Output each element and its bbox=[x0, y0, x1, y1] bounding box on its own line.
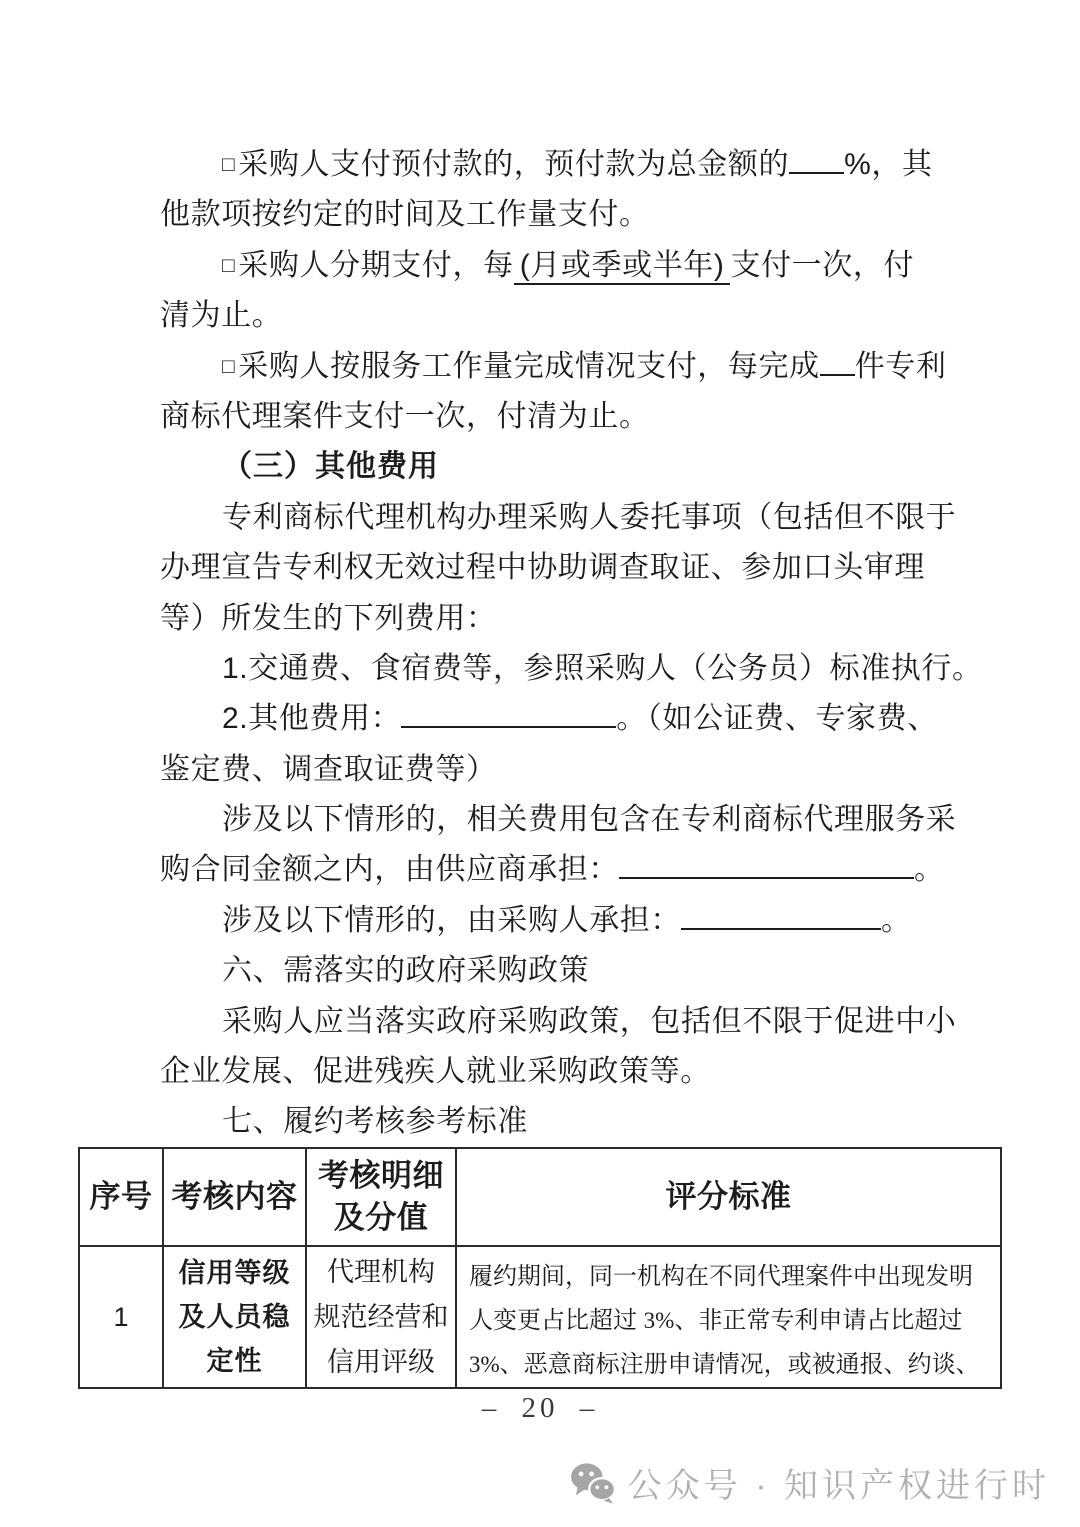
checkbox-icon: □ bbox=[222, 355, 235, 378]
cell-row-number: 1 bbox=[79, 1246, 163, 1388]
wechat-icon bbox=[570, 1462, 616, 1504]
blank-underline bbox=[681, 898, 881, 930]
percent-value: 3% bbox=[469, 1352, 500, 1377]
cell-assess-content: 信用等级 及人员稳 定性 bbox=[163, 1246, 306, 1388]
line-text: %，其 bbox=[844, 148, 932, 181]
checkbox-icon: □ bbox=[222, 254, 235, 277]
paragraph-line: 鉴定费、调查取证费等） bbox=[160, 745, 960, 795]
cell-score-standard: 履约期间，同一机构在不同代理案件中出现发明 人变更占比超过 3%、非正常专利申请… bbox=[456, 1246, 1001, 1388]
line-text: 鉴定费、调查取证费等） bbox=[160, 753, 497, 786]
score-line: 3%、恶意商标注册申请情况，或被通报、约谈、 bbox=[469, 1343, 994, 1387]
line-text: 他款项按约定的时间及工作量支付。 bbox=[160, 198, 650, 231]
line-text: 涉及以下情形的，由采购人承担： bbox=[222, 904, 681, 937]
line-text: 企业发展、促进残疾人就业采购政策等。 bbox=[160, 1055, 711, 1088]
line-text: 采购人分期支付，每 bbox=[238, 249, 513, 282]
header-text: 考核明细 bbox=[307, 1155, 455, 1197]
line-text: 。 bbox=[914, 853, 945, 886]
paragraph-line: 采购人应当落实政府采购政策，包括但不限于促进中小 bbox=[160, 997, 960, 1047]
header-text: 及分值 bbox=[307, 1197, 455, 1239]
line-text: 清为止。 bbox=[160, 299, 282, 332]
paragraph-line: 他款项按约定的时间及工作量支付。 bbox=[160, 190, 960, 240]
line-text: 办理宣告专利权无效过程中协助调查取证、参加口头审理 bbox=[160, 551, 925, 584]
cell-text: 定性 bbox=[164, 1339, 305, 1383]
paragraph-line: 购合同金额之内，由供应商承担：。 bbox=[160, 845, 960, 895]
table-header-row: 序号 考核内容 考核明细 及分值 评分标准 bbox=[79, 1148, 1001, 1246]
list-item-transport-fee: 1.交通费、食宿费等，参照采购人（公务员）标准执行。 bbox=[160, 644, 960, 694]
col-header-no: 序号 bbox=[79, 1148, 163, 1246]
line-text: 件专利 bbox=[855, 350, 947, 383]
paragraph-line: 商标代理案件支付一次，付清为止。 bbox=[160, 392, 960, 442]
payment-option-per-case: □采购人按服务工作量完成情况支付，每完成件专利 bbox=[160, 342, 960, 392]
main-text-block: □采购人支付预付款的，预付款为总金额的%，其 他款项按约定的时间及工作量支付。 … bbox=[160, 140, 960, 1148]
section-heading-other-fees: （三）其他费用 bbox=[160, 442, 960, 492]
assessment-table: 序号 考核内容 考核明细 及分值 评分标准 1 信用等级 及人员稳 定性 代理机… bbox=[78, 1147, 1002, 1389]
line-text: 1.交通费、食宿费等，参照采购人（公务员）标准执行。 bbox=[222, 652, 983, 685]
cell-text: 信用等级 bbox=[164, 1251, 305, 1295]
cell-text: 人变更占比超过 bbox=[469, 1307, 644, 1334]
paragraph-line: 涉及以下情形的，由采购人承担：。 bbox=[160, 896, 960, 946]
line-text: 采购人应当落实政府采购政策，包括但不限于促进中小 bbox=[222, 1005, 956, 1038]
header-text: 考核内容 bbox=[172, 1179, 298, 1214]
payment-option-prepay: □采购人支付预付款的，预付款为总金额的%，其 bbox=[160, 140, 960, 190]
cell-text: 履约期间，同一机构在不同代理案件中出现发明 bbox=[469, 1263, 973, 1290]
blank-underline bbox=[619, 848, 914, 880]
cell-assess-detail: 代理机构 规范经营和 信用评级 bbox=[306, 1246, 456, 1388]
col-header-score: 评分标准 bbox=[456, 1148, 1001, 1246]
line-text: 。 bbox=[881, 904, 912, 937]
score-line: 履约期间，同一机构在不同代理案件中出现发明 bbox=[469, 1255, 994, 1299]
section-heading-assessment: 七、履约考核参考标准 bbox=[160, 1097, 960, 1147]
cell-text: 规范经营和 bbox=[307, 1295, 455, 1340]
col-header-content: 考核内容 bbox=[163, 1148, 306, 1246]
page-number: – 20 – bbox=[0, 1392, 1080, 1425]
paragraph-line: 清为止。 bbox=[160, 291, 960, 341]
blank-underline bbox=[820, 344, 855, 376]
line-text: 商标代理案件支付一次，付清为止。 bbox=[160, 400, 650, 433]
blank-underline bbox=[789, 143, 844, 175]
heading-text: （三）其他费用 bbox=[222, 450, 439, 483]
watermark-text: 公众号 · 知识产权进行时 bbox=[628, 1458, 1050, 1507]
paragraph-line: 企业发展、促进残疾人就业采购政策等。 bbox=[160, 1047, 960, 1097]
section-heading-policy: 六、需落实的政府采购政策 bbox=[160, 946, 960, 996]
line-text: 。（如公证费、专家费、 bbox=[616, 702, 938, 735]
cell-text: 信用评级 bbox=[307, 1340, 455, 1385]
table-row: 1 信用等级 及人员稳 定性 代理机构 规范经营和 信用评级 履约期间，同一机构… bbox=[79, 1246, 1001, 1388]
score-line: 人变更占比超过 3%、非正常专利申请占比超过 bbox=[469, 1299, 994, 1343]
line-text: 采购人支付预付款的，预付款为总金额的 bbox=[238, 148, 789, 181]
line-text: 涉及以下情形的，相关费用包含在专利商标代理服务采 bbox=[222, 803, 956, 836]
cell-text: 及人员稳 bbox=[164, 1295, 305, 1339]
header-text: 评分标准 bbox=[666, 1179, 792, 1214]
line-text: 等）所发生的下列费用： bbox=[160, 602, 497, 635]
paragraph-line: 涉及以下情形的，相关费用包含在专利商标代理服务采 bbox=[160, 795, 960, 845]
paragraph-line: 等）所发生的下列费用： bbox=[160, 594, 960, 644]
heading-text: 七、履约考核参考标准 bbox=[222, 1105, 528, 1138]
line-text: 2.其他费用： bbox=[222, 702, 401, 735]
heading-text: 六、需落实的政府采购政策 bbox=[222, 954, 589, 987]
document-page: { "page": { "background": "#ffffff", "te… bbox=[0, 0, 1080, 1527]
checkbox-icon: □ bbox=[222, 153, 235, 176]
paragraph-line: 办理宣告专利权无效过程中协助调查取证、参加口头审理 bbox=[160, 543, 960, 593]
cell-text: 、非正常专利申请占比超过 bbox=[674, 1307, 962, 1334]
cell-text: 、恶意商标注册申请情况，或被通报、约谈、 bbox=[500, 1351, 980, 1378]
line-text: 购合同金额之内，由供应商承担： bbox=[160, 853, 619, 886]
header-text: 序号 bbox=[90, 1179, 153, 1214]
underlined-fill-text: (月或季或半年) bbox=[514, 249, 731, 285]
line-text: 采购人按服务工作量完成情况支付，每完成 bbox=[238, 350, 819, 383]
percent-value: 3% bbox=[644, 1308, 675, 1333]
list-item-other-fee: 2.其他费用：。（如公证费、专家费、 bbox=[160, 694, 960, 744]
watermark: 公众号 · 知识产权进行时 bbox=[570, 1458, 1050, 1507]
blank-underline bbox=[401, 697, 616, 729]
line-text: 专利商标代理机构办理采购人委托事项（包括但不限于 bbox=[222, 501, 956, 534]
payment-option-installment: □采购人分期支付，每(月或季或半年)支付一次，付 bbox=[160, 241, 960, 291]
paragraph-line: 专利商标代理机构办理采购人委托事项（包括但不限于 bbox=[160, 493, 960, 543]
cell-text: 代理机构 bbox=[307, 1250, 455, 1295]
col-header-detail: 考核明细 及分值 bbox=[306, 1148, 456, 1246]
line-text: 支付一次，付 bbox=[730, 249, 914, 282]
